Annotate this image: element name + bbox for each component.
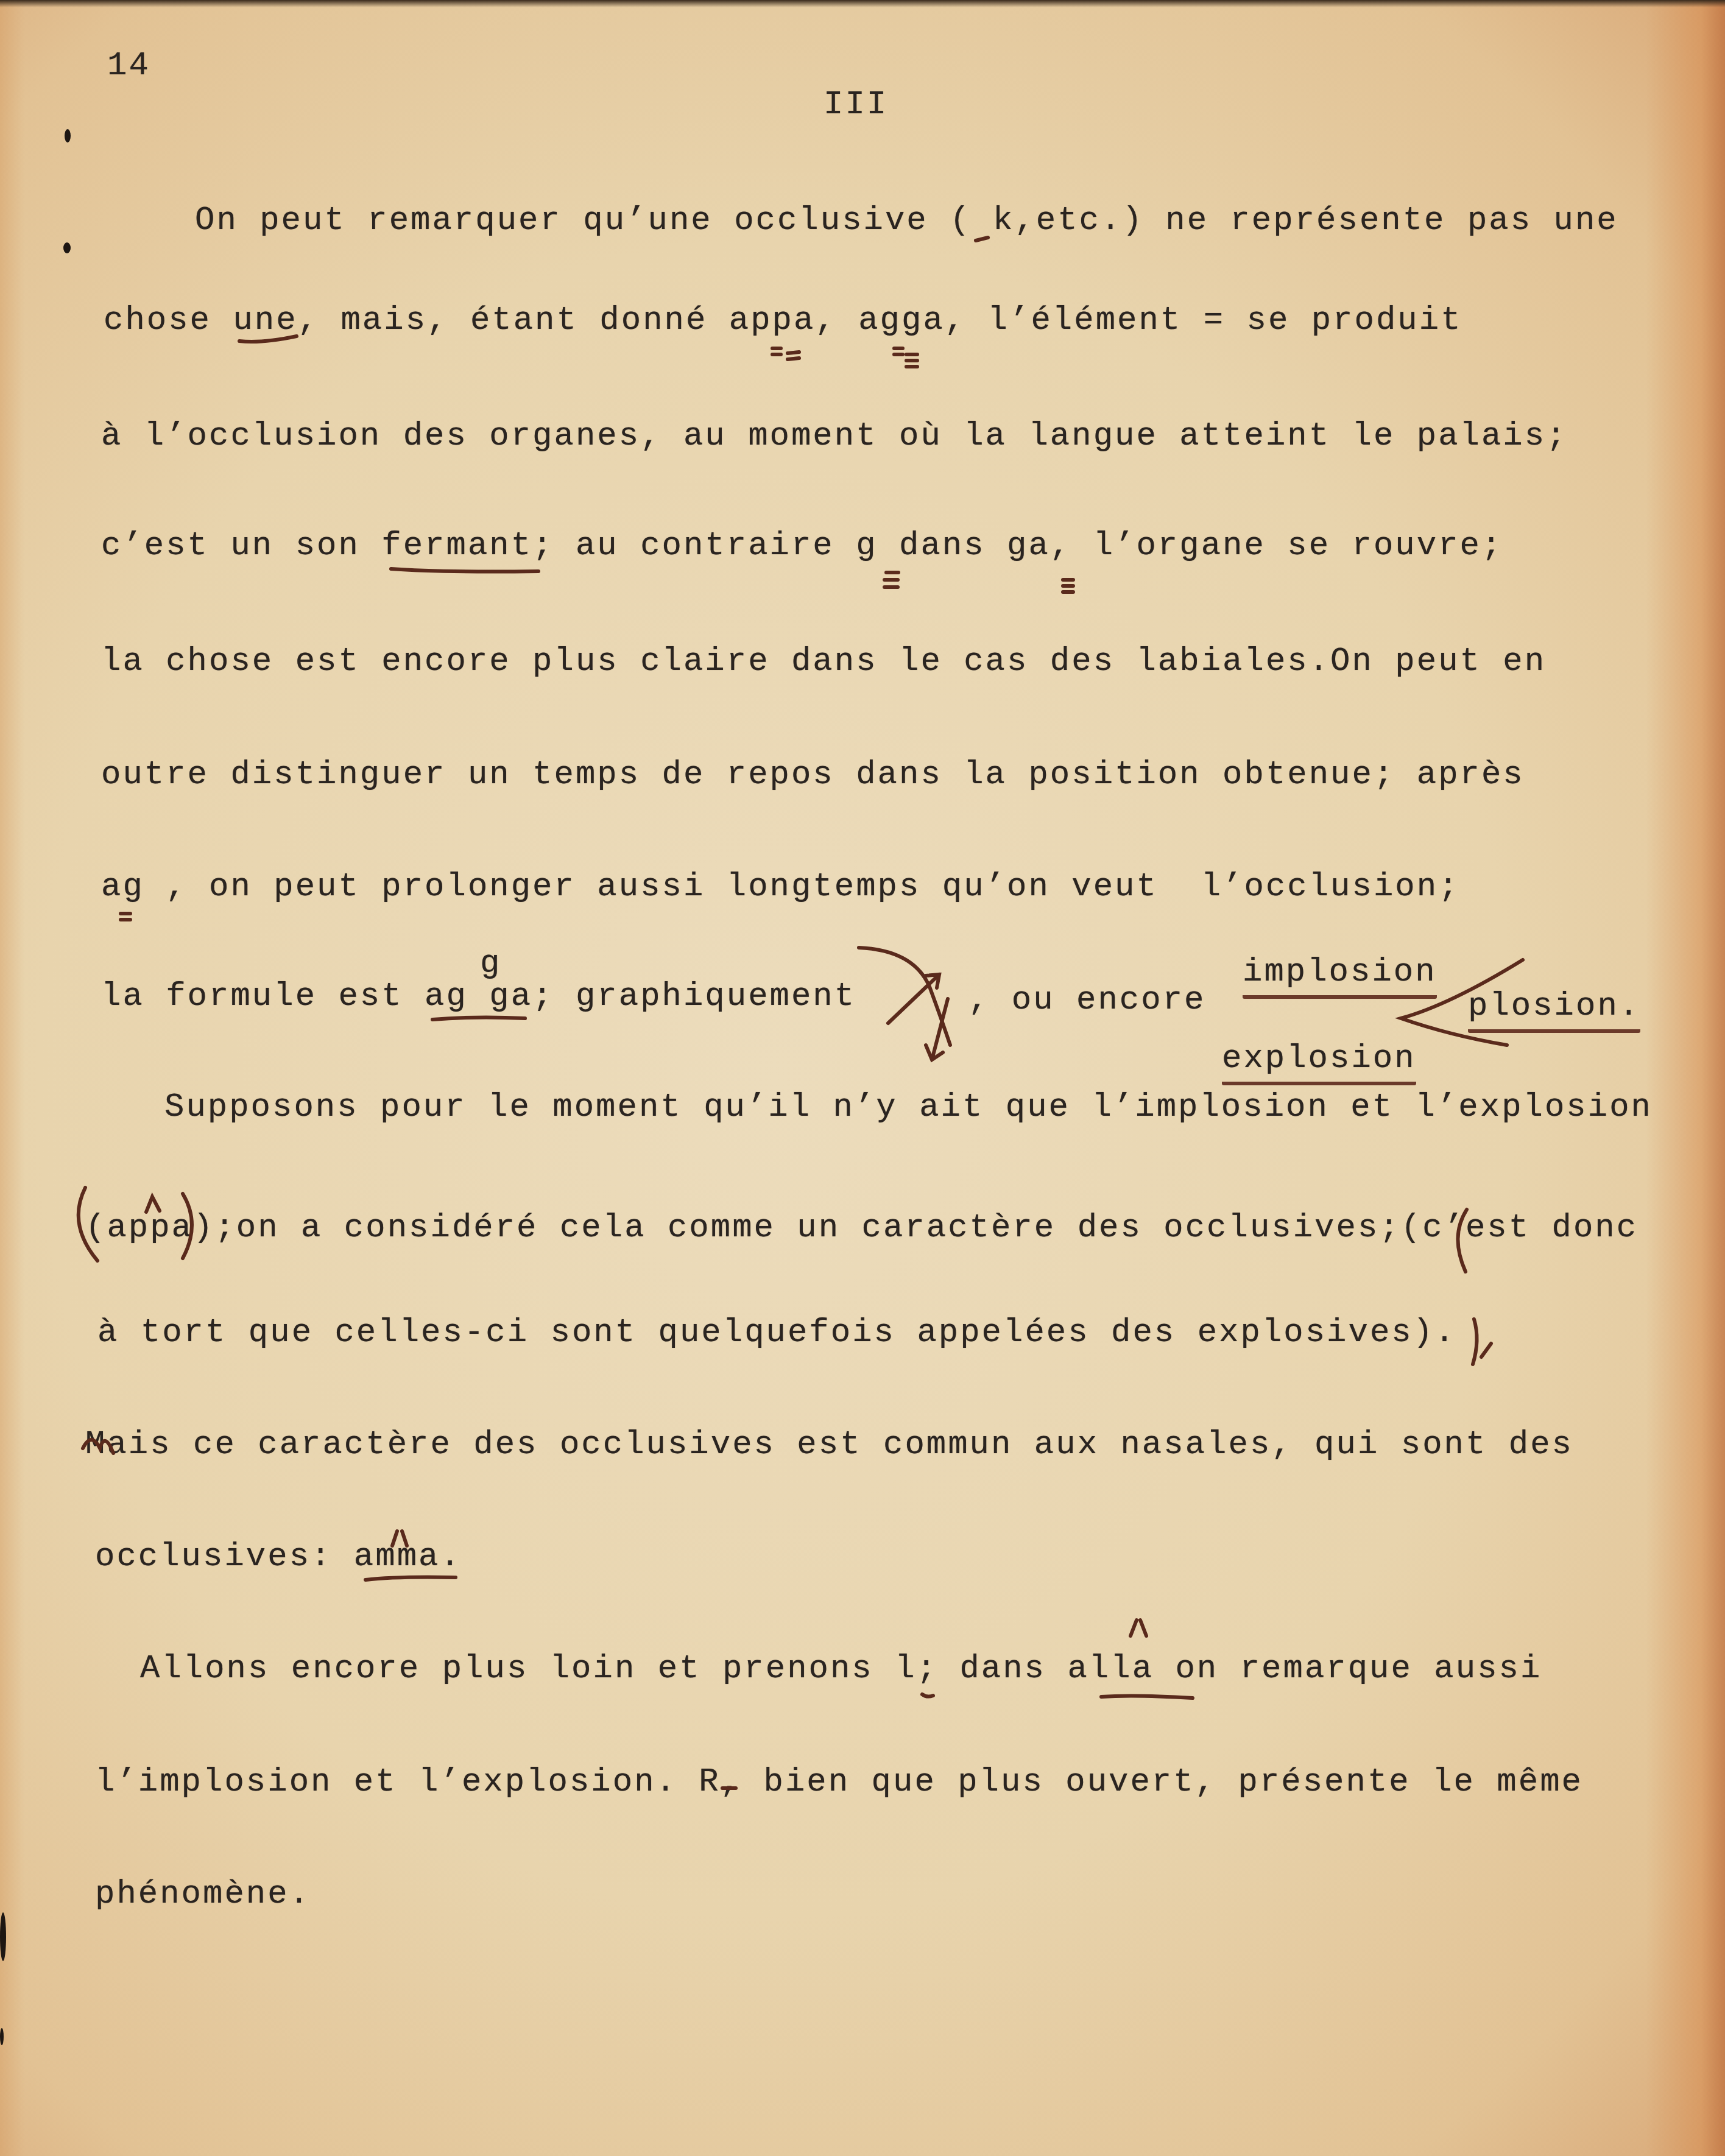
text-line: c’est un son fermant; au contraire g dan… [101,530,1503,563]
diagram-label-plosion: plosion. [1468,990,1640,1033]
paper-left-edge [0,0,24,2156]
margin-mark [65,129,71,143]
margin-mark [0,1912,6,1961]
diagram-label-explosion: explosion [1222,1043,1416,1085]
text-line: phénomène. [95,1878,311,1911]
margin-mark [63,242,71,253]
diagram-label-implosion: implosion [1243,956,1437,999]
text-line: , ou encore [968,984,1205,1017]
text-line: (appa);on a considéré cela comme un cara… [85,1212,1638,1245]
section-heading: III [824,89,888,122]
formula-superscript: g [480,948,501,981]
text-line: la chose est encore plus claire dans le … [101,646,1546,678]
page-number: 14 [107,50,150,83]
margin-mark [0,2028,4,2045]
text-line: ag , on peut prolonger aussi longtemps q… [101,871,1460,904]
text-line: l’implosion et l’explosion. R, bien que … [95,1766,1583,1799]
text-line: occlusives: amma. [95,1541,462,1574]
text-line: à l’occlusion des organes, au moment où … [101,420,1568,453]
text-line: à tort que celles-ci sont quelquefois ap… [97,1317,1456,1350]
text-line: Allons encore plus loin et prenons l; da… [140,1653,1542,1686]
text-line: Mais ce caractère des occlusives est com… [85,1429,1573,1462]
text-line: la formule est ag ga; graphiquement [101,981,856,1013]
paper-top-edge [0,0,1725,7]
text-line: outre distinguer un temps de repos dans … [101,759,1525,792]
text-line: Supposons pour le moment qu’il n’y ait q… [164,1091,1653,1124]
text-line: chose une, mais, étant donné appa, agga,… [104,305,1462,337]
paper-right-edge [1646,0,1725,2156]
text-line: On peut remarquer qu’une occlusive ( k,e… [195,205,1618,238]
